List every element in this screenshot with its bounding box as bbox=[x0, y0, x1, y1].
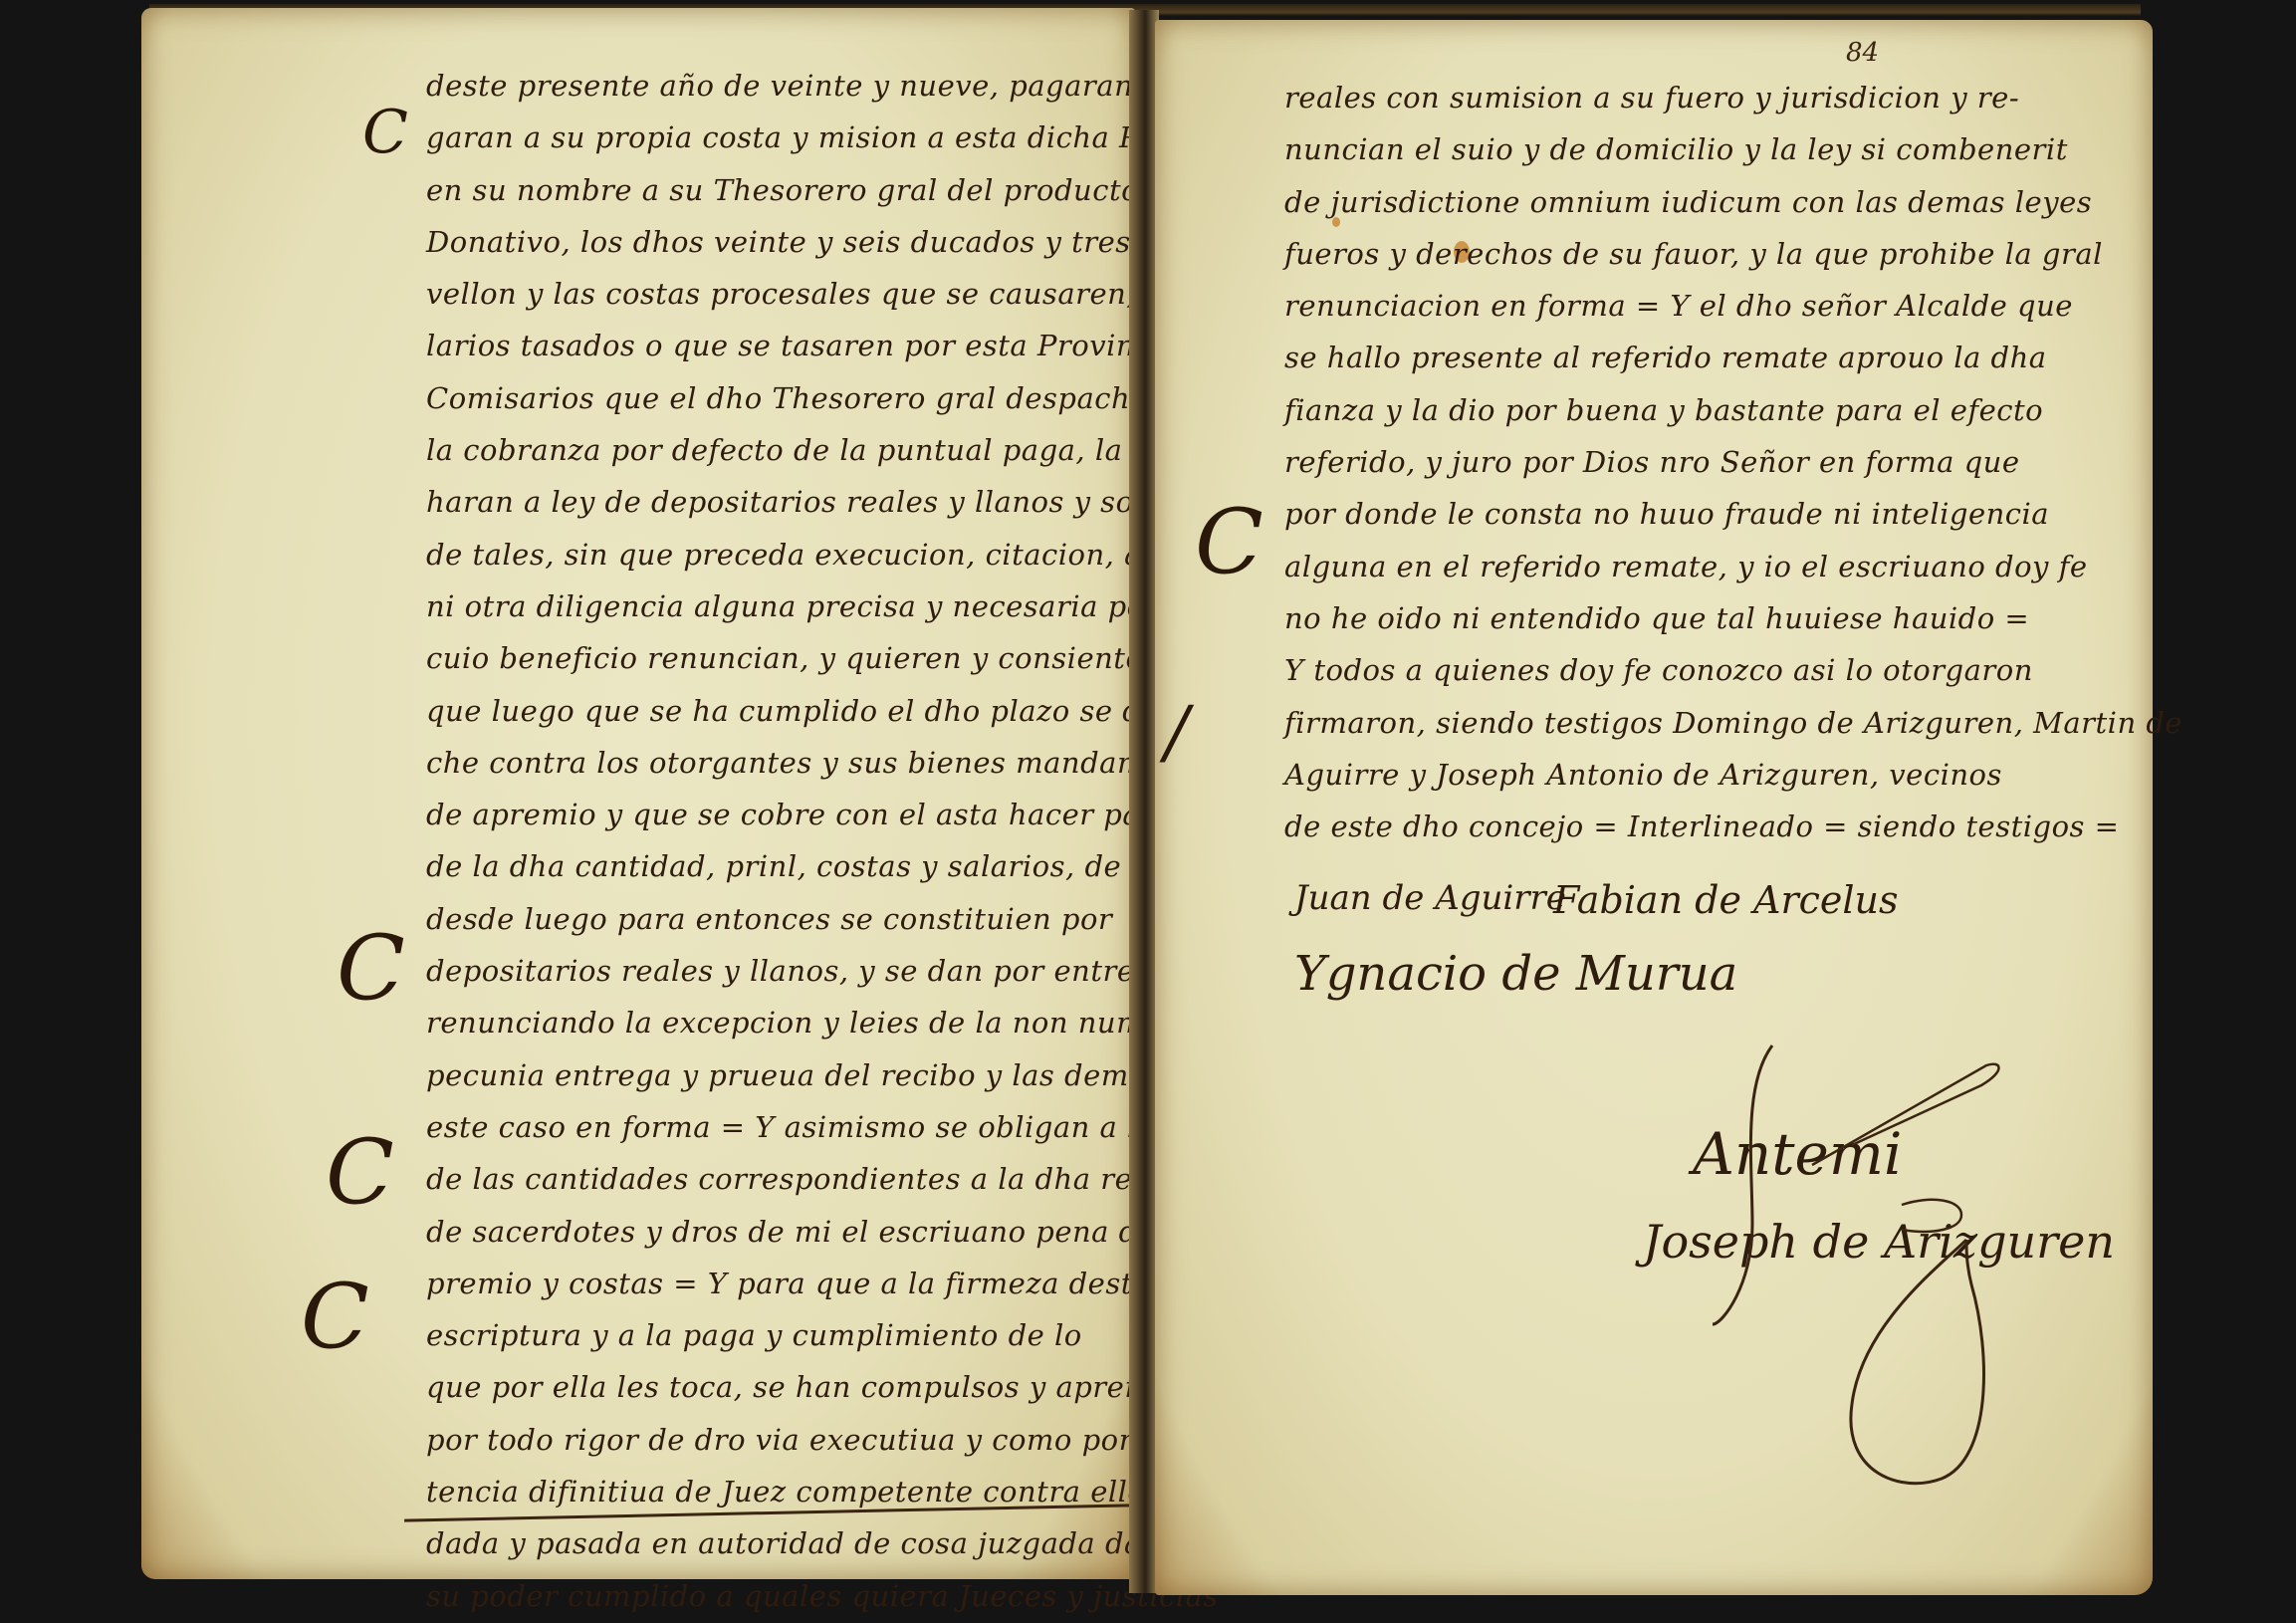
right-page: 84 C / reales con sumision a su fuero y … bbox=[1155, 20, 2153, 1595]
folio-number: 84 bbox=[1846, 38, 1879, 68]
margin-flourish: / bbox=[1165, 697, 1189, 767]
text-line: no he oido ni entendido que tal huuiese … bbox=[1284, 592, 2121, 644]
text-line: reales con sumision a su fuero y jurisdi… bbox=[1284, 72, 2121, 123]
text-line: referido, y juro por Dios nro Señor en f… bbox=[1284, 436, 2121, 488]
text-line: Aguirre y Joseph Antonio de Arizguren, v… bbox=[1284, 749, 2121, 801]
text-line: se hallo presente al referido remate apr… bbox=[1284, 332, 2121, 383]
margin-flourish: C bbox=[301, 1273, 369, 1362]
signature-ygnacio-de-murua: Ygnacio de Murua bbox=[1294, 946, 1737, 1002]
text-line: de jurisdictione omnium iudicum con las … bbox=[1284, 176, 2121, 228]
right-page-text: reales con sumision a su fuero y jurisdi… bbox=[1284, 72, 2121, 852]
margin-flourish: C bbox=[326, 1128, 394, 1218]
text-line: fueros y derechos de su fauor, y la que … bbox=[1284, 228, 2121, 280]
signature-fabian-de-arcelus: Fabian de Arcelus bbox=[1553, 878, 1899, 922]
text-line: alguna en el referido remate, y io el es… bbox=[1284, 541, 2121, 592]
text-line: por donde le consta no huuo fraude ni in… bbox=[1284, 488, 2121, 540]
text-line: renunciacion en forma = Y el dho señor A… bbox=[1284, 280, 2121, 332]
text-line: de este dho concejo = Interlineado = sie… bbox=[1284, 801, 2121, 852]
notary-signature: Antemi Joseph de Arizguren bbox=[1603, 1026, 2161, 1523]
left-page: C C C C deste presente año de veinte y n… bbox=[141, 8, 1135, 1579]
signature-juan-de-aguirre: Juan de Aguirre bbox=[1294, 878, 1566, 918]
margin-flourish: C bbox=[337, 924, 405, 1014]
text-line: fianza y la dio por buena y bastante par… bbox=[1284, 384, 2121, 436]
margin-flourish: C bbox=[362, 103, 408, 162]
bleed-through-text bbox=[231, 645, 240, 697]
notary-rubric-icon bbox=[1603, 1026, 2161, 1523]
text-line: Y todos a quienes doy fe conozco asi lo … bbox=[1284, 644, 2121, 696]
text-line: nuncian el suio y de domicilio y la ley … bbox=[1284, 123, 2121, 175]
text-line: firmaron, siendo testigos Domingo de Ari… bbox=[1284, 697, 2121, 749]
margin-flourish: C bbox=[1195, 498, 1263, 587]
